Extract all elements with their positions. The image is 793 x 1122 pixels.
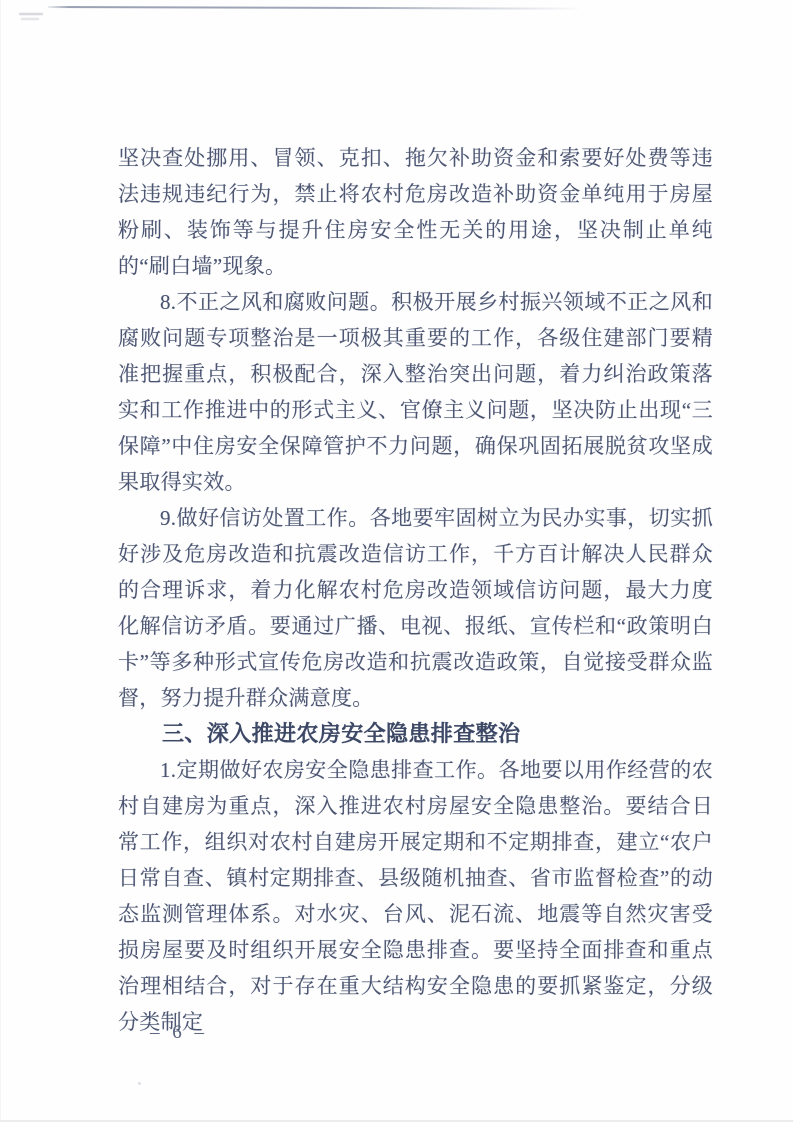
paragraph-continuation: 坚决查处挪用、冒领、克扣、拖欠补助资金和索要好处费等违法违规违纪行为，禁止将农村… bbox=[118, 140, 713, 284]
section-3-heading: 三、深入推进农房安全隐患排查整治 bbox=[118, 716, 713, 752]
paragraph-item-9: 9.做好信访处置工作。各地要牢固树立为民办实事，切实抓好涉及危房改造和抗震改造信… bbox=[118, 500, 713, 716]
document-body: 坚决查处挪用、冒领、克扣、拖欠补助资金和索要好处费等违法违规违纪行为，禁止将农村… bbox=[118, 140, 713, 1040]
page-number: – 6 – bbox=[150, 1022, 208, 1044]
scanned-document-page: 坚决查处挪用、冒领、克扣、拖欠补助资金和索要好处费等违法违规违纪行为，禁止将农村… bbox=[0, 0, 793, 1122]
scan-speck-artifact bbox=[138, 1082, 141, 1085]
paragraph-item-1: 1.定期做好农房安全隐患排查工作。各地要以用作经营的农村自建房为重点，深入推进农… bbox=[118, 752, 713, 1040]
scan-line-artifact bbox=[48, 6, 581, 10]
scan-smudge-artifact bbox=[19, 12, 45, 23]
paragraph-item-8: 8.不正之风和腐败问题。积极开展乡村振兴领域不正之风和腐败问题专项整治是一项极其… bbox=[118, 284, 713, 500]
